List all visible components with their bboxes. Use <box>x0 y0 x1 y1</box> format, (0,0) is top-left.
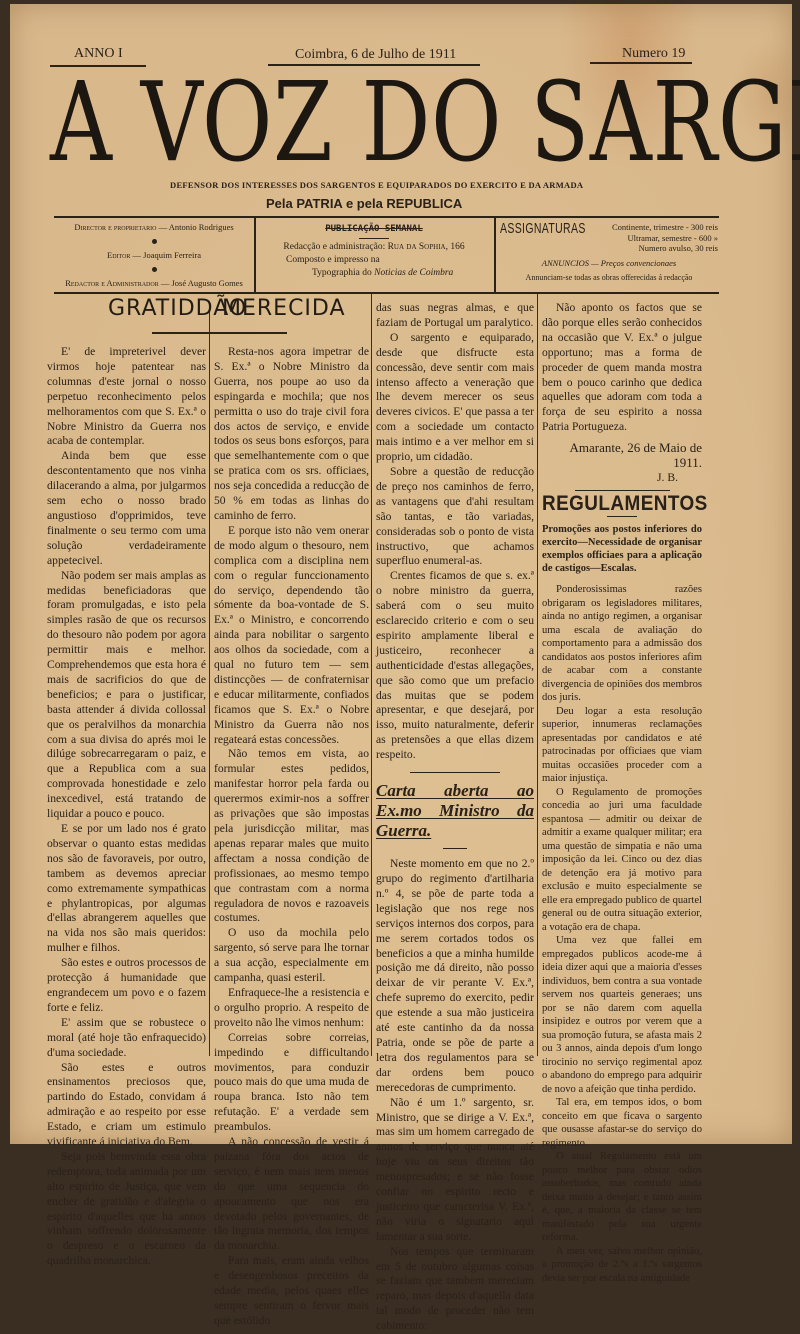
paragraph: Crentes ficamos de que s. ex.ª o nobre m… <box>376 569 534 763</box>
subscriptions-title: ASSIGNATURAS <box>500 224 586 235</box>
paragraph: Deu logar a esta resolução superior, inn… <box>542 705 702 786</box>
title-ornament-rule <box>152 332 287 334</box>
printing-house: Noticias de Coimbra <box>374 268 453 278</box>
paragraph: O Regulamento de promoções concedia ao j… <box>542 786 702 935</box>
paragraph: Enfraquece-lhe a resistencia e o orgulho… <box>214 986 369 1031</box>
paragraph: E' de impreterivel dever virmos hoje pat… <box>47 345 206 449</box>
masthead-title: A VOZ DO SARGENTO <box>50 66 565 178</box>
staff-name: José Augusto Gomes <box>171 278 242 288</box>
column-divider <box>209 304 210 1056</box>
staff-name: Antonio Rodrigues <box>169 222 234 232</box>
column-2: Resta-nos agora impetrar de S. Ex.ª o No… <box>214 345 369 1151</box>
price-list: Continente, trimestre - 300 reis Ultrama… <box>612 222 718 254</box>
newspaper-page: ANNO I Coimbra, 6 de Julho de 1911 Numer… <box>10 4 792 1144</box>
staff-name: Joaquim Ferreira <box>143 250 201 260</box>
paragraph: Resta-nos agora impetrar de S. Ex.ª o No… <box>214 345 369 524</box>
paragraph: Não é um 1.º sargento, sr. Ministro, que… <box>376 1096 534 1151</box>
paragraph: Tal era, em tempos idos, o bom conceito … <box>542 1096 702 1150</box>
staff-role: Director e proprietario <box>74 222 156 232</box>
paragraph: Não temos em vista, ao formular estes pe… <box>214 747 369 926</box>
address-value: Rua da Sophia, 166 <box>388 242 465 252</box>
paragraph: Não podem ser mais amplas as medidas ben… <box>47 569 206 822</box>
publication-frequency: PUBLICAÇÃO SEMANAL <box>254 223 494 236</box>
paragraph: Ainda bem que esse descontentamento que … <box>47 449 206 568</box>
column-4: Não aponto os factos que se dão porque e… <box>542 301 702 1151</box>
bullet-icon <box>54 236 254 247</box>
paragraph: Ponderosissimas razões obrigaram os legi… <box>542 583 702 705</box>
info-divider-2 <box>494 218 496 292</box>
regulamentos-title: REGULAMENTOS <box>542 497 686 512</box>
signature: J. B. <box>542 471 702 486</box>
printing-line-2: Typographia do Noticias de Coimbra <box>254 267 494 280</box>
section-ornament <box>410 772 500 773</box>
paragraph: Correias sobre correias, impedindo e dif… <box>214 1031 369 1135</box>
bullet-icon <box>54 264 254 275</box>
paragraph: A não concessão de vestir á paizana fóra… <box>214 1135 369 1151</box>
ads-block: ANNUNCIOS — Preços convencionaes Annunci… <box>500 258 718 283</box>
price-overseas: Ultramar, semestre - 600 » <box>612 233 718 244</box>
editorial-address: Redacção e administração: Rua da Sophia,… <box>254 241 494 254</box>
regulamentos-deck: Promoções aos postos inferiores do exerc… <box>542 523 702 575</box>
ornament-rule <box>359 238 389 239</box>
printing-prefix: Typographia do <box>312 268 372 278</box>
ads-label: ANNUNCIOS — <box>542 258 599 268</box>
carta-title: Carta aberta ao Ex.mo Ministro da Guerra… <box>376 781 534 841</box>
column-divider <box>537 294 538 1056</box>
ads-value: Preços convencionaes <box>601 258 676 268</box>
paragraph: São estes e outros ensinamentos precioso… <box>47 1061 206 1150</box>
paragraph: O sargento e equiparado, desde que disfr… <box>376 331 534 465</box>
publication-block: PUBLICAÇÃO SEMANAL Redacção e administra… <box>254 223 494 280</box>
masthead-subtitle: DEFENSOR DOS INTERESSES DOS SARGENTOS E … <box>170 180 583 190</box>
address-label: Redacção e administração: <box>283 242 385 252</box>
regulamentos-body: Ponderosissimas razões obrigaram os legi… <box>542 583 702 1151</box>
paragraph: São estes e outros processos de protecçã… <box>47 956 206 1016</box>
section-ornament <box>607 516 637 517</box>
paragraph: das suas negras almas, e que faziam de P… <box>376 301 534 331</box>
ads-note: Annunciam-se todas as obras offerecidas … <box>500 273 718 284</box>
column-divider <box>371 294 372 1056</box>
paragraph: O uso da mochila pelo sargento, só serve… <box>214 926 369 986</box>
paragraph: Uma vez que fallei em empregados publico… <box>542 934 702 1096</box>
price-continent: Continente, trimestre - 300 reis <box>612 222 718 233</box>
staff-block: Director e proprietario — Antonio Rodrig… <box>54 222 254 289</box>
column-1: E' de impreterivel dever virmos hoje pat… <box>47 345 206 1151</box>
price-single: Numero avulso, 30 reis <box>612 243 718 254</box>
paragraph: E se por um lado nos é grato observar o … <box>47 822 206 956</box>
info-box: Director e proprietario — Antonio Rodrig… <box>54 216 719 294</box>
section-ornament <box>443 848 467 849</box>
paragraph: E porque isto não vem onerar de modo alg… <box>214 524 369 748</box>
article-title-right: MERECIDA <box>222 296 346 321</box>
paragraph: Não aponto os factos que se dão porque e… <box>542 301 702 435</box>
staff-director: Director e proprietario — Antonio Rodrig… <box>54 222 254 233</box>
section-ornament <box>575 490 670 492</box>
staff-role: Redactor e Administrador <box>65 278 158 288</box>
staff-editor: Editor — Joaquim Ferreira <box>54 250 254 261</box>
staff-role: Editor <box>107 250 130 260</box>
paragraph: Sobre a questão de reducção de preço nos… <box>376 465 534 569</box>
ads-line: ANNUNCIOS — Preços convencionaes <box>500 258 718 269</box>
place-date: Amarante, 26 de Maio de 1911. <box>542 441 702 471</box>
staff-redactor: Redactor e Administrador — José Augusto … <box>54 278 254 289</box>
masthead-motto: Pela PATRIA e pela REPUBLICA <box>266 196 462 211</box>
printing-line-1: Composto e impresso na <box>254 254 494 267</box>
column-3: das suas negras almas, e que faziam de P… <box>376 301 534 1151</box>
paragraph: Neste momento em que no 2.º grupo do reg… <box>376 857 534 1096</box>
paragraph: E' assim que se robustece o moral (até h… <box>47 1016 206 1061</box>
